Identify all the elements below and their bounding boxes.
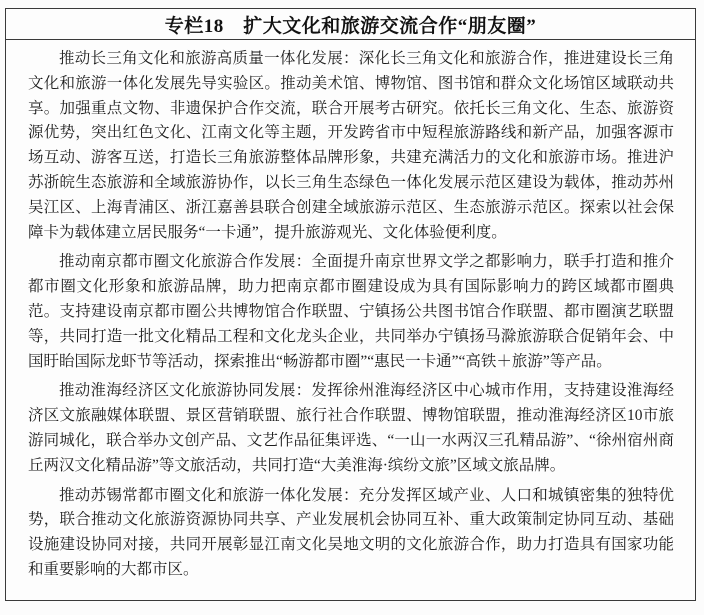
column-title: 专栏18 扩大文化和旅游交流合作“朋友圈”: [6, 9, 695, 40]
paragraph-suxichang-metro: 推动苏锡常都市圈文化和旅游一体化发展：充分发挥区域产业、人口和城镇密集的独特优势…: [28, 484, 674, 583]
paragraph-huaihai-economic-zone: 推动淮海经济区文化旅游协同发展：发挥徐州淮海经济区中心城市作用，支持建设淮海经济…: [28, 379, 674, 478]
paragraph-nanjing-metro: 推动南京都市圈文化旅游合作发展：全面提升南京世界文学之都影响力，联手打造和推介都…: [28, 250, 674, 374]
column-body: 推动长三角文化和旅游高质量一体化发展：深化长三角文化和旅游合作，推进建设长三角文…: [6, 40, 695, 583]
paragraph-changjiang-delta: 推动长三角文化和旅游高质量一体化发展：深化长三角文化和旅游合作，推进建设长三角文…: [28, 47, 674, 245]
column-box: 专栏18 扩大文化和旅游交流合作“朋友圈” 推动长三角文化和旅游高质量一体化发展…: [5, 8, 696, 601]
